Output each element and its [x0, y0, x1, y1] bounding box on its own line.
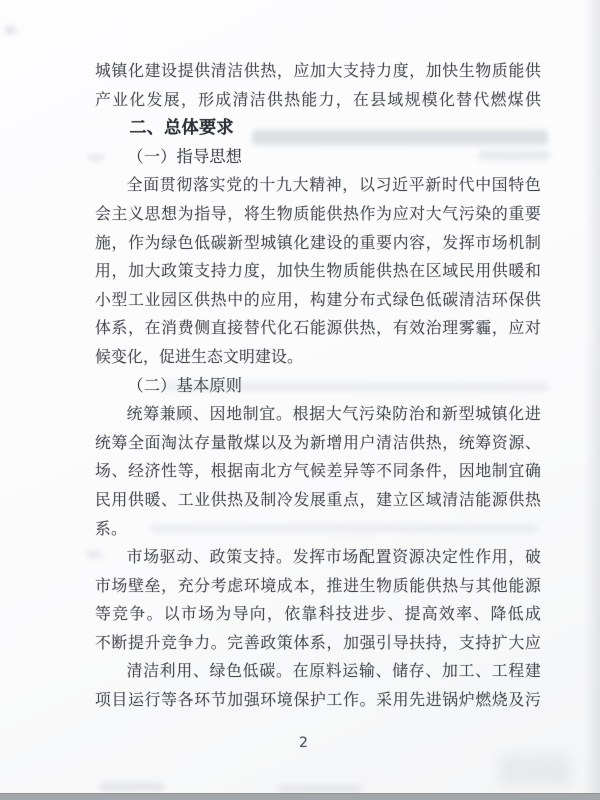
text-line: 统筹全面淘汰存量散煤以及为新增用户清洁供热，统筹资源、市 — [95, 429, 541, 458]
text-line: 产业化发展，形成清洁供热能力，在县域规模化替代燃煤供热。 — [95, 86, 541, 115]
bleed-through-smudge — [278, 785, 362, 793]
text-line: 施，作为绿色低碳新型城镇化建设的重要内容，发挥市场机制作 — [95, 229, 541, 258]
text-line: 市场驱动、政策支持。发挥市场配置资源决定性作用，破除 — [95, 543, 541, 572]
text-line: 项目运行等各环节加强环境保护工作。采用先进锅炉燃烧及污染 — [95, 686, 541, 715]
text-line: 体系，在消费侧直接替代化石能源供热，有效治理雾霾，应对气 — [95, 314, 541, 343]
text-line: 不断提升竞争力。完善政策体系，加强引导扶持，支持扩大应用。 — [95, 629, 541, 658]
text-line: 等竞争。以市场为导向，依靠科技进步、提高效率、降低成本， — [95, 600, 541, 629]
subsection-heading: （一）指导思想 — [95, 143, 541, 172]
text-line: 民用供暖、工业供热及制冷发展重点，建立区域清洁能源供热体 — [95, 486, 541, 515]
text-column: 城镇化建设提供清洁供热，应加大支持力度，加快生物质能供热产业化发展，形成清洁供热… — [95, 57, 541, 715]
text-line: 候变化，促进生态文明建设。 — [95, 343, 541, 372]
text-line: 全面贯彻落实党的十九大精神，以习近平新时代中国特色社 — [95, 171, 541, 200]
scan-edge-shadow — [584, 0, 600, 800]
page-number: 2 — [299, 735, 308, 751]
bleed-through-smudge — [100, 783, 164, 791]
document-page: 城镇化建设提供清洁供热，应加大支持力度，加快生物质能供热产业化发展，形成清洁供热… — [0, 0, 600, 800]
text-line: 小型工业园区供热中的应用，构建分布式绿色低碳清洁环保供热 — [95, 286, 541, 315]
text-line: 城镇化建设提供清洁供热，应加大支持力度，加快生物质能供热 — [95, 57, 541, 86]
text-line: 场、经济性等，根据南北方气候差异等不同条件，因地制宜确定 — [95, 457, 541, 486]
text-line: 会主义思想为指导，将生物质能供热作为应对大气污染的重要措 — [95, 200, 541, 229]
text-line: 市场壁垒，充分考虑环境成本，推进生物质能供热与其他能源平 — [95, 572, 541, 601]
scan-mark — [5, 27, 16, 33]
scan-edge-strip — [0, 793, 600, 800]
scan-texture-smudge — [500, 755, 570, 785]
text-line: 系。 — [95, 515, 541, 544]
text-line: 统筹兼顾、因地制宜。根据大气污染防治和新型城镇化进程， — [95, 400, 541, 429]
text-line: 用，加大政策支持力度，加快生物质能供热在区域民用供暖和中 — [95, 257, 541, 286]
subsection-heading: （二）基本原则 — [95, 372, 541, 401]
section-heading: 二、总体要求 — [95, 114, 541, 143]
text-line: 清洁利用、绿色低碳。在原料运输、储存、加工、工程建设、 — [95, 657, 541, 686]
